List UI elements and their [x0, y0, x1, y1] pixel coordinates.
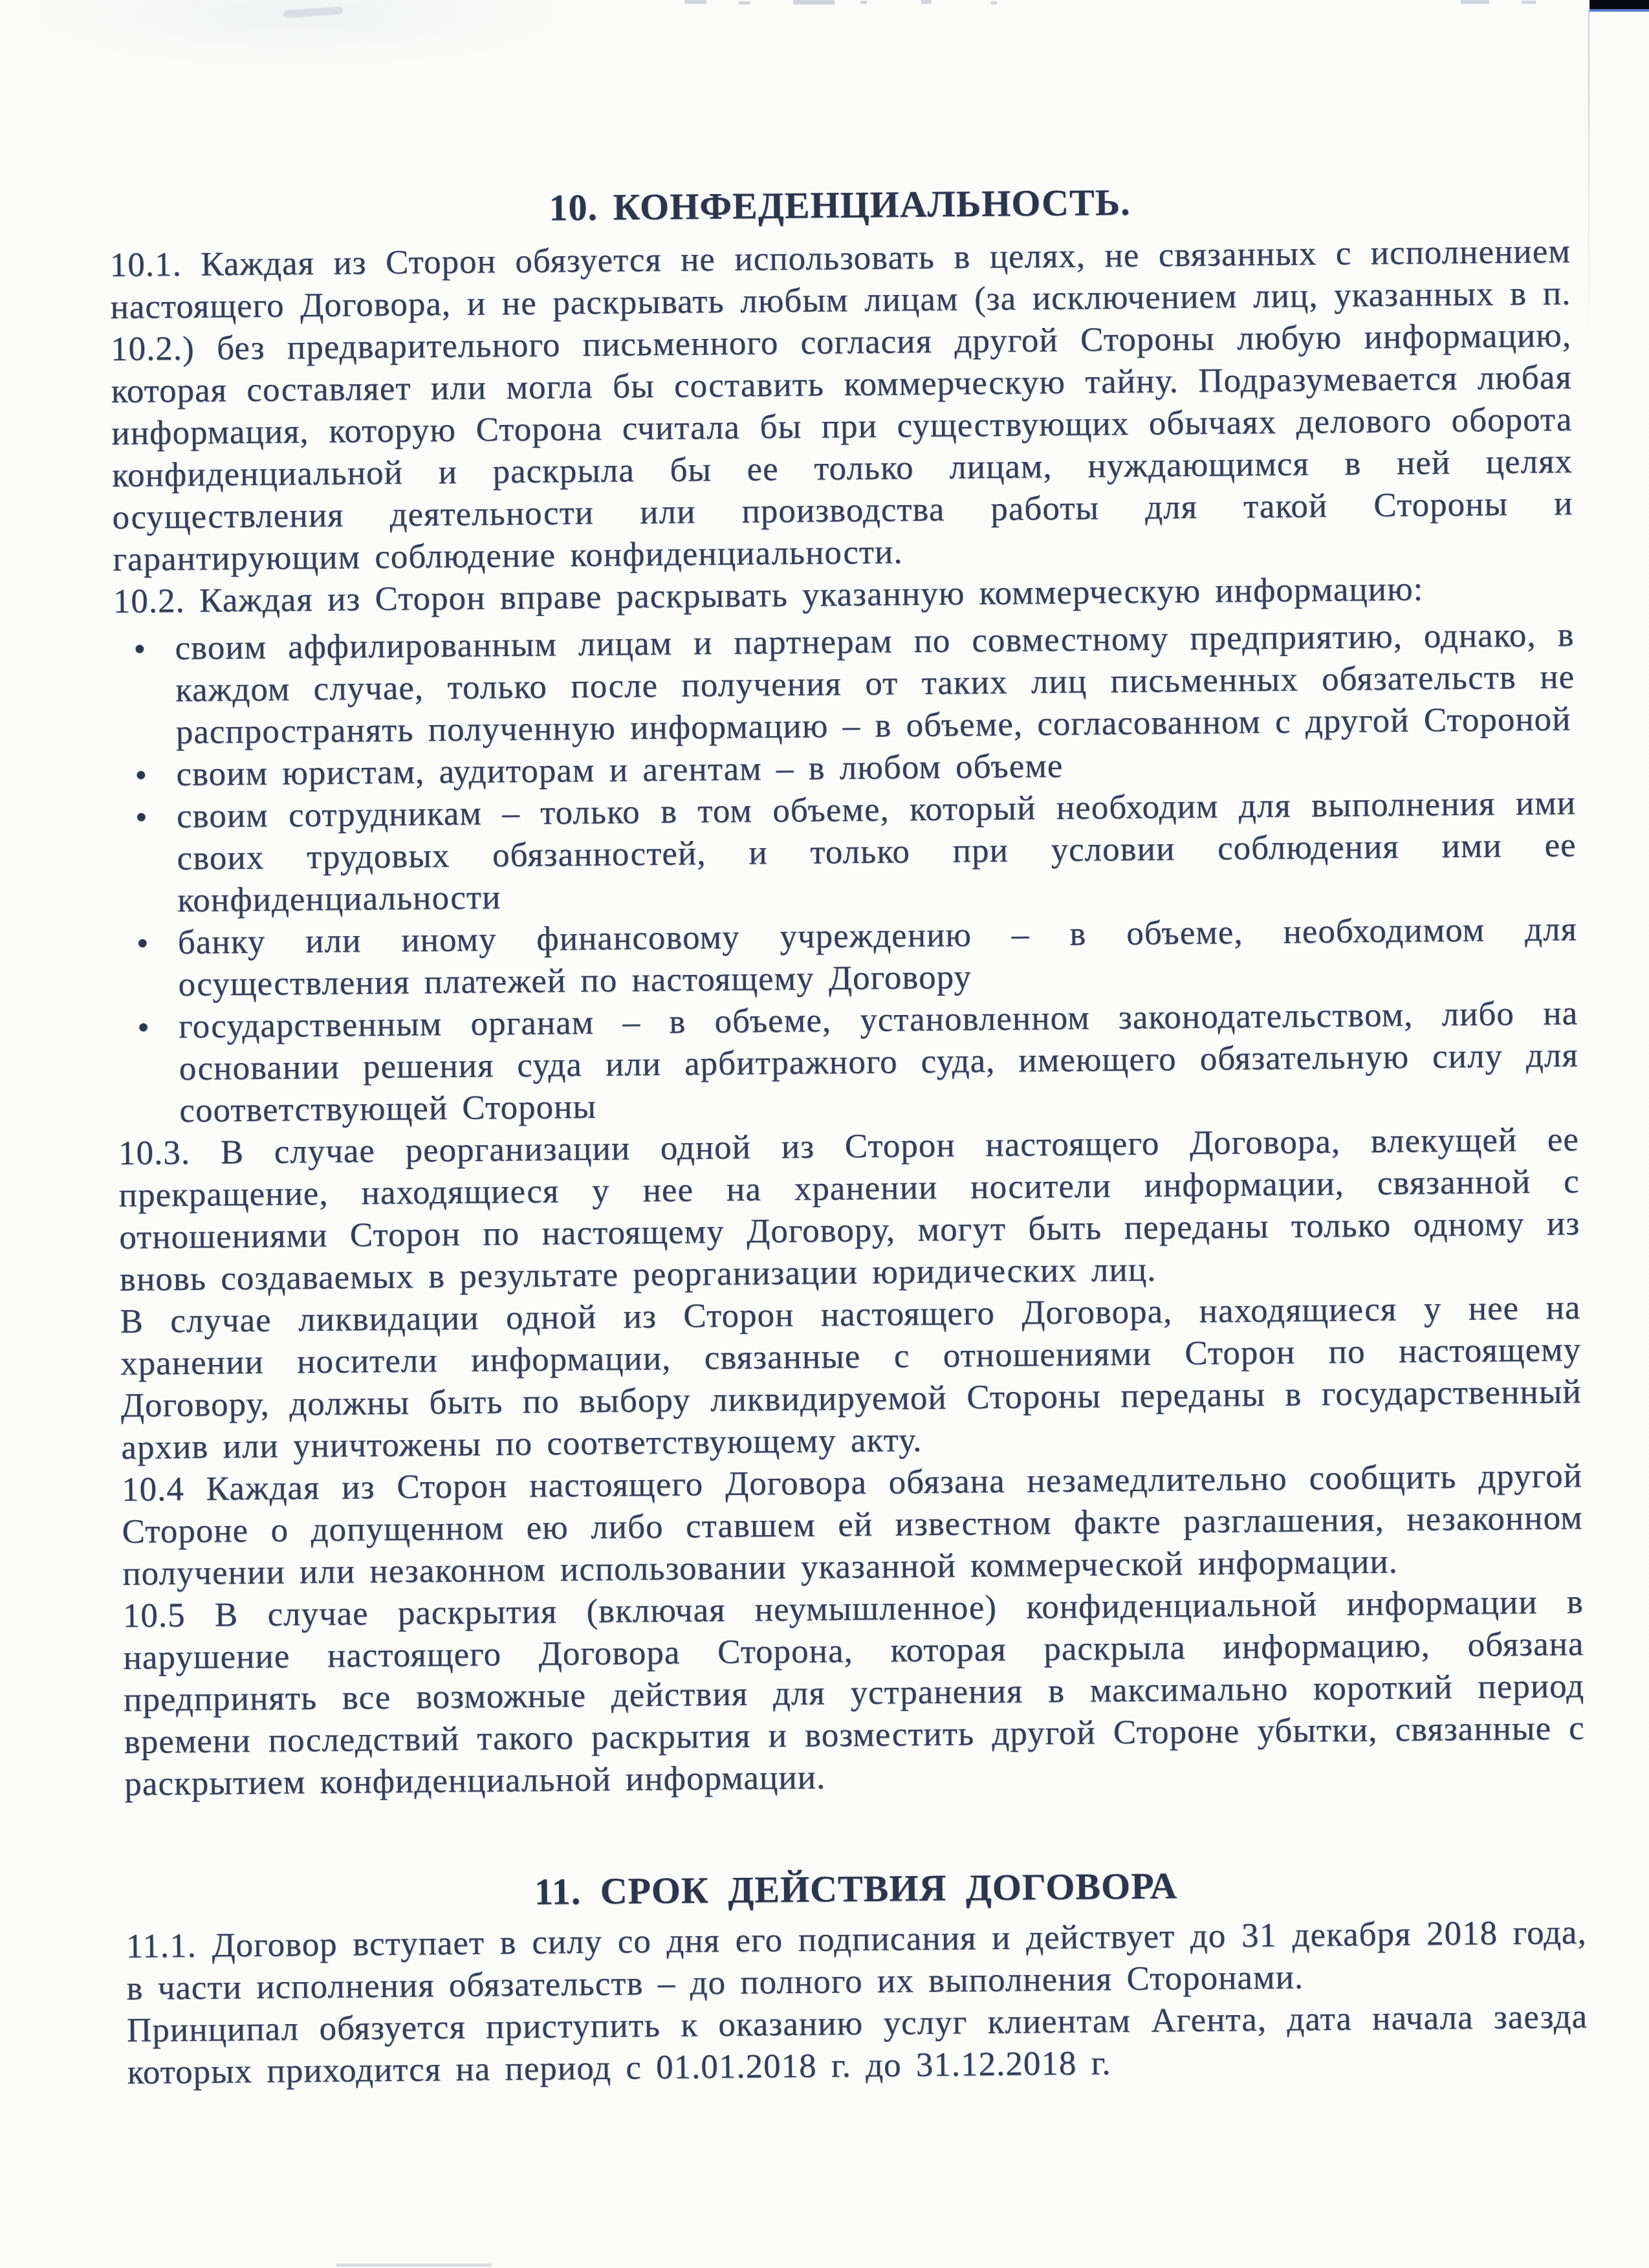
page-tilt-wrapper: 10. КОНФЕДЕНЦИАЛЬНОСТЬ. 10.1. Каждая из …: [0, 0, 1646, 1]
list-item-banks: банку или иному финансовому учреждению –…: [178, 908, 1578, 1006]
scanned-contract-page: 10. КОНФЕДЕНЦИАЛЬНОСТЬ. 10.1. Каждая из …: [0, 0, 1649, 2268]
list-item-affiliates: своим аффилированным лицам и партнерам п…: [175, 614, 1575, 754]
scan-noise-speck: [336, 2263, 492, 2267]
clause-10-4: 10.4 Каждая из Сторон настоящего Договор…: [122, 1455, 1584, 1595]
clause-10-1: 10.1. Каждая из Сторон обязуется не испо…: [110, 230, 1574, 581]
list-item-text: государственным органам – в объеме, уста…: [179, 994, 1578, 1129]
clause-11-2: Принципал обязуется приступить к оказани…: [127, 1996, 1588, 2094]
scan-corner-underline: [1589, 9, 1649, 12]
section-10-title: 10. КОНФЕДЕНЦИАЛЬНОСТЬ.: [109, 177, 1571, 233]
list-item-text: своим аффилированным лицам и партнерам п…: [175, 616, 1575, 751]
contract-text-block: 10. КОНФЕДЕНЦИАЛЬНОСТЬ. 10.1. Каждая из …: [107, 0, 1588, 2094]
disclosure-recipients-list: своим аффилированным лицам и партнерам п…: [113, 614, 1578, 1133]
list-item-text: своим юристам, аудиторам и агентам – в л…: [176, 747, 1063, 793]
list-item-state-bodies: государственным органам – в объеме, уста…: [179, 992, 1579, 1132]
clause-11-1: 11.1. Договор вступает в силу со дня его…: [126, 1912, 1588, 2010]
clause-10-3-liquidation: В случае ликвидации одной из Сторон наст…: [120, 1287, 1582, 1469]
list-item-employees: своим сотрудникам – только в том объеме,…: [177, 782, 1577, 922]
section-11-title: 11. СРОК ДЕЙСТВИЯ ДОГОВОРА: [126, 1861, 1587, 1917]
clause-10-5: 10.5 В случае раскрытия (включая неумышл…: [123, 1581, 1586, 1805]
scan-corner-mark: [1589, 0, 1649, 9]
scan-edge-line: [1588, 10, 1589, 334]
list-item-text: своим сотрудникам – только в том объеме,…: [177, 784, 1577, 919]
clause-10-3-reorganization: 10.3. В случае реорганизации одной из Ст…: [118, 1118, 1580, 1301]
list-item-text: банку или иному финансовому учреждению –…: [178, 910, 1577, 1003]
